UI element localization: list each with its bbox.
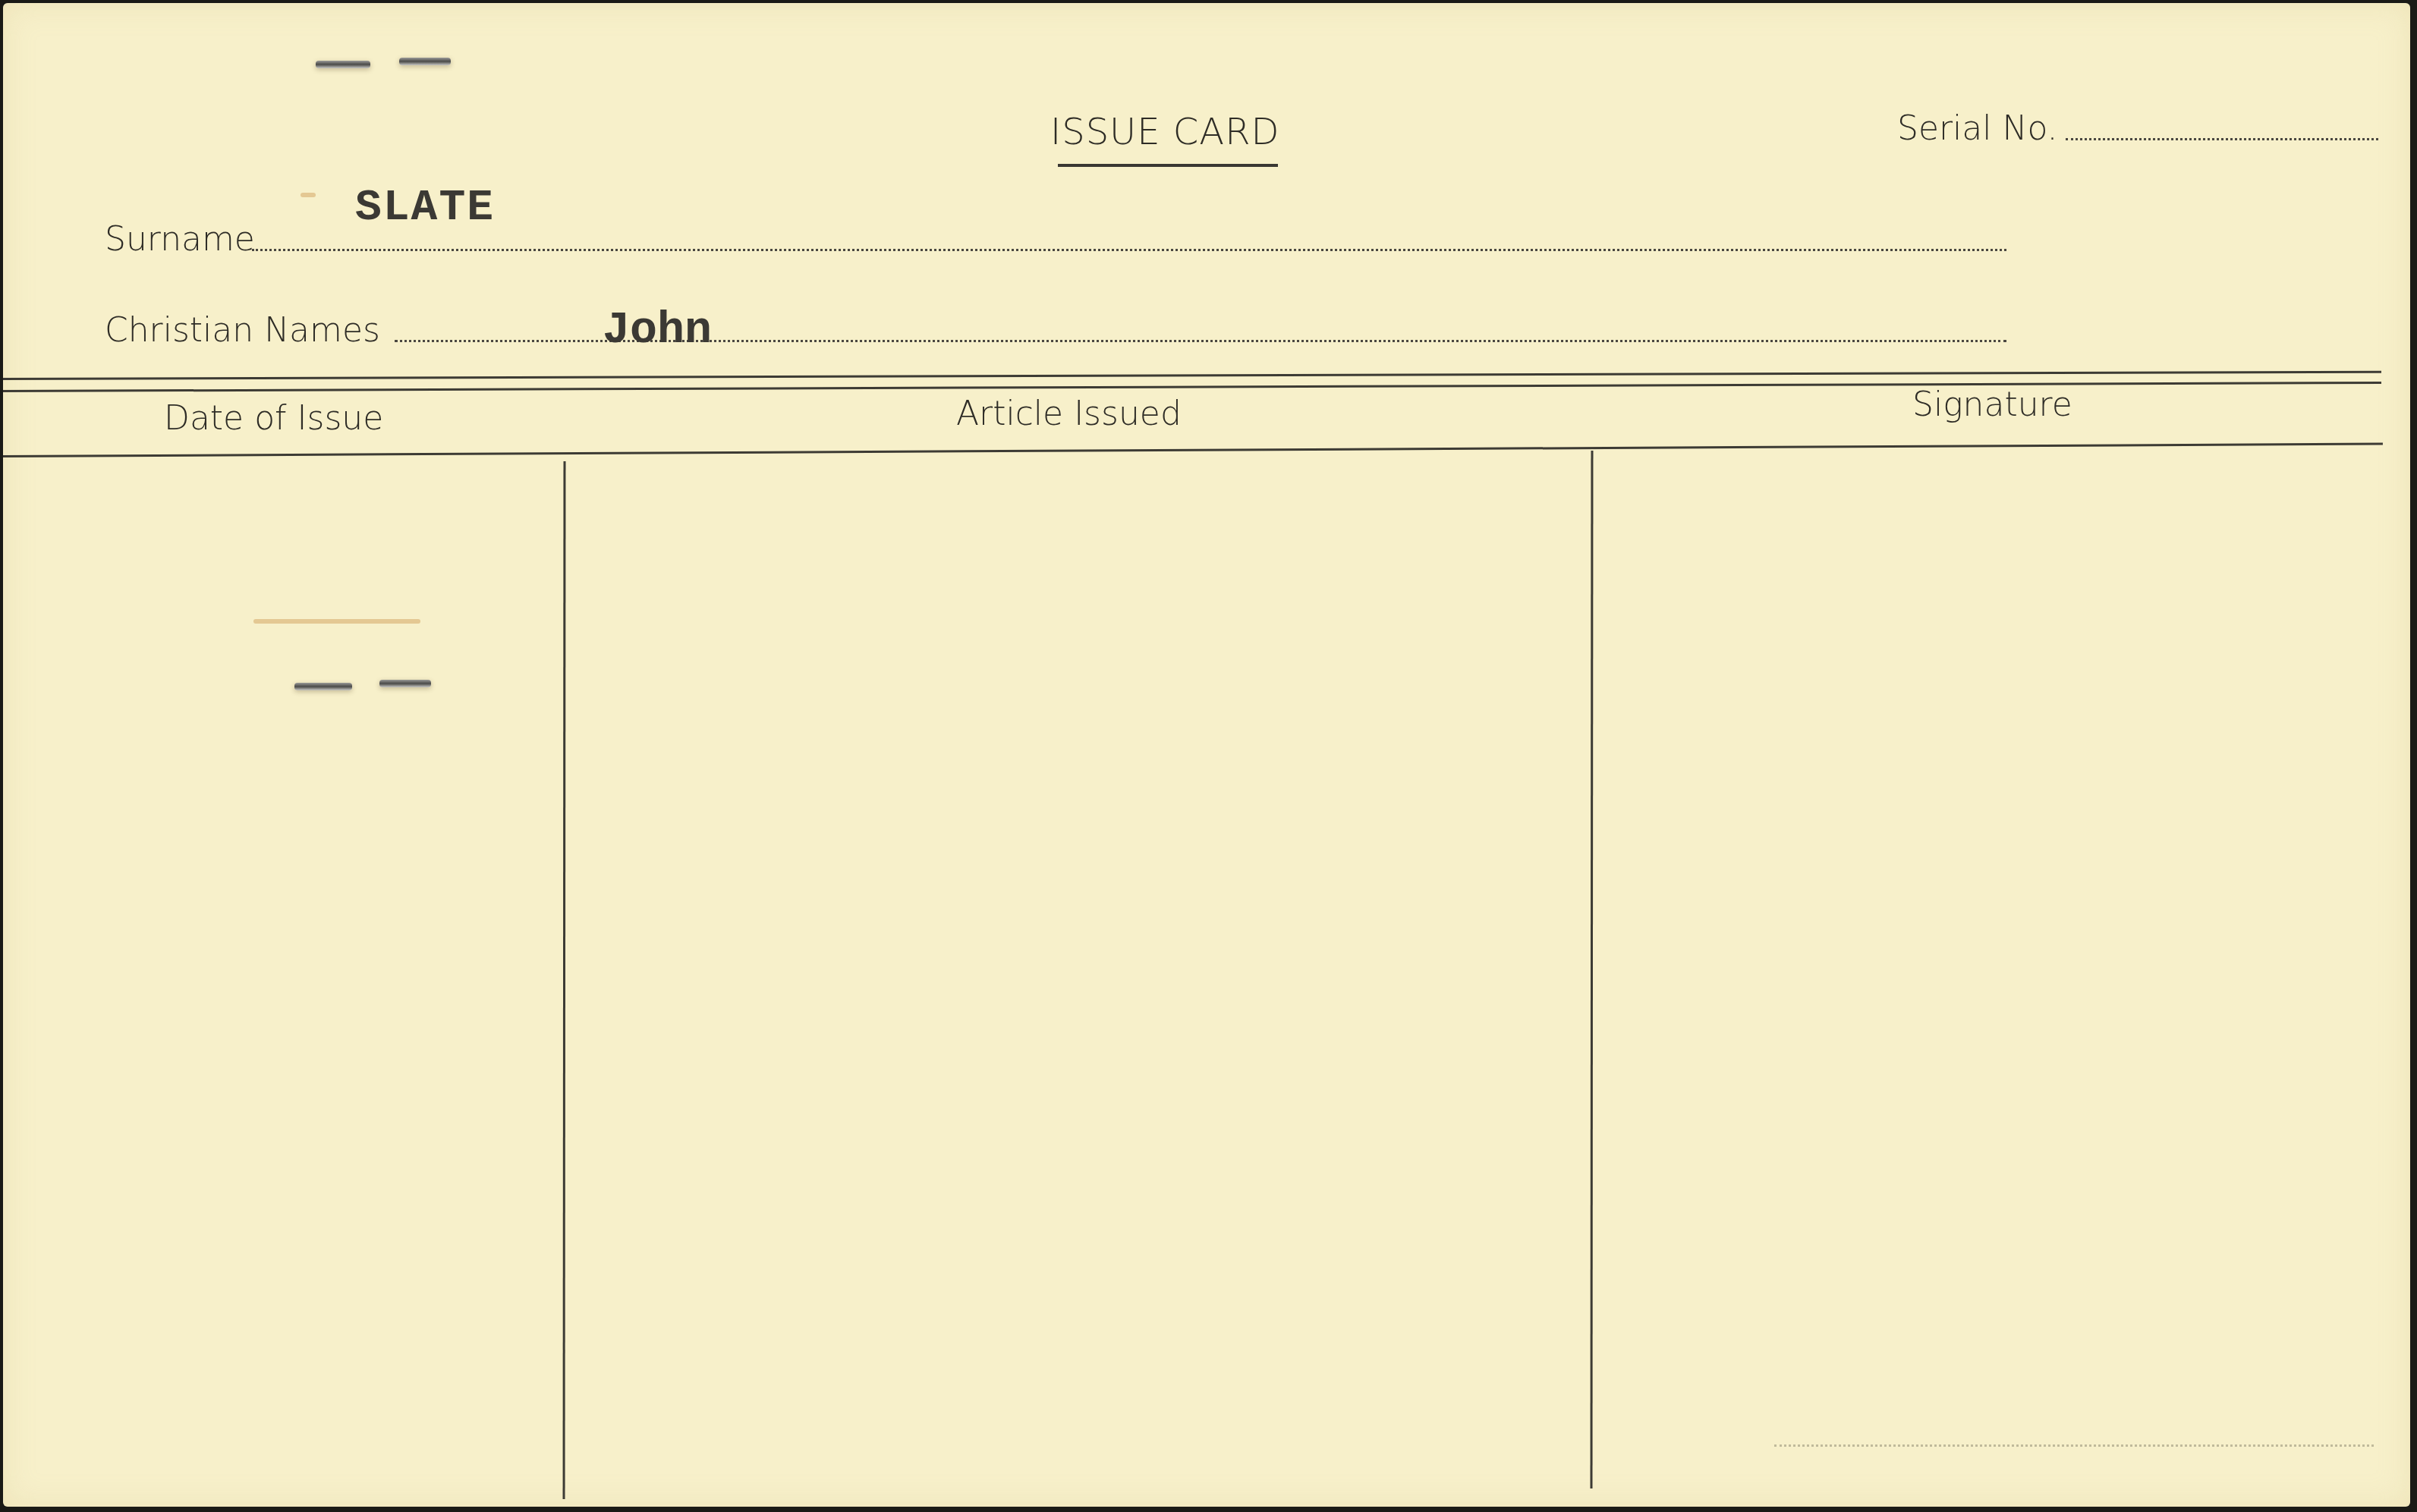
date-of-issue-column[interactable]	[3, 461, 562, 1501]
rust-stain	[301, 193, 316, 197]
christian-names-value: John	[603, 305, 712, 357]
column-header-signature: Signature	[1912, 385, 2072, 424]
christian-names-label: Christian Names	[105, 311, 380, 350]
issue-card: ISSUE CARD Serial No. Surname SLATE Chri…	[3, 3, 2410, 1507]
header-double-rule-top	[3, 371, 2381, 380]
staple-icon	[399, 58, 451, 65]
title-underline	[1058, 164, 1278, 167]
signature-column[interactable]	[1594, 454, 2406, 1493]
serial-no-field[interactable]	[2066, 138, 2378, 140]
staple-icon	[316, 61, 370, 68]
surname-value: SLATE	[355, 184, 495, 233]
surname-field[interactable]	[252, 249, 2006, 251]
column-header-article-issued: Article Issued	[956, 395, 1182, 433]
column-header-date-of-issue: Date of Issue	[164, 399, 383, 438]
faint-dotted-line	[1774, 1444, 2374, 1447]
card-title: ISSUE CARD	[1050, 111, 1279, 153]
column-divider-1	[563, 461, 566, 1499]
serial-no-label: Serial No.	[1897, 109, 2058, 148]
surname-label: Surname	[105, 220, 255, 259]
article-issued-column[interactable]	[566, 458, 1589, 1498]
column-divider-2	[1591, 451, 1594, 1488]
